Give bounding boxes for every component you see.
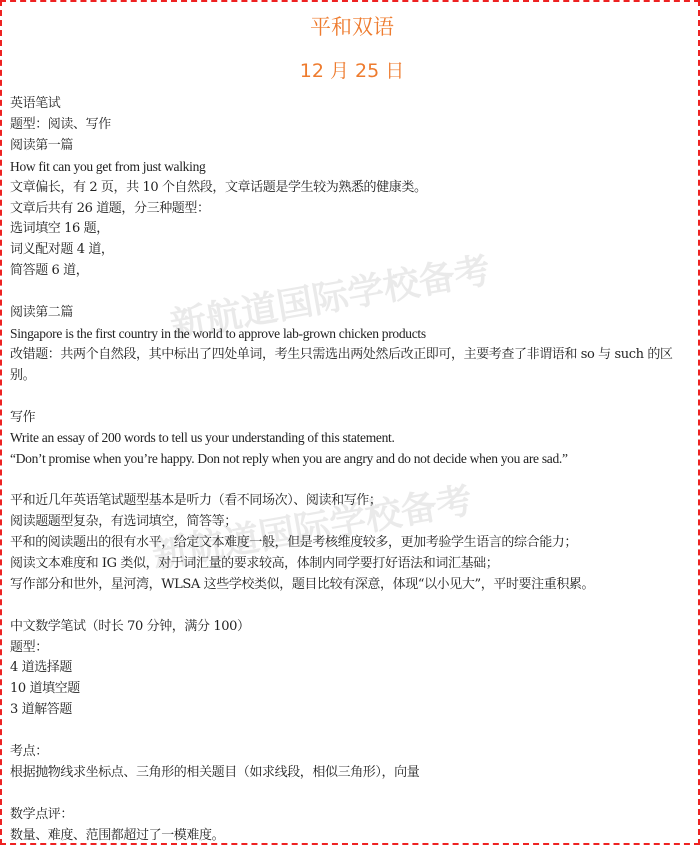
reading1-desc1: 文章偏长，有 2 页，共 10 个自然段，文章话题是学生较为熟悉的健康类。 — [10, 178, 694, 199]
math-points-label: 考点： — [10, 742, 694, 763]
math-type-item: 3 道解答题 — [10, 700, 694, 721]
spacer — [10, 721, 694, 742]
math-review-label: 数学点评： — [10, 805, 694, 826]
math-heading: 中文数学笔试（时长 70 分钟，满分 100） — [10, 617, 694, 638]
page-date: 12 月 25 日 — [10, 58, 694, 84]
english-heading: 英语笔试 — [10, 94, 694, 115]
reading2-title: Singapore is the first country in the wo… — [10, 324, 694, 345]
document: 平和双语 12 月 25 日 英语笔试 题型：阅读、写作 阅读第一篇 How f… — [10, 0, 694, 845]
reading1-heading: 阅读第一篇 — [10, 136, 694, 157]
writing-quote: “Don’t promise when you’re happy. Don no… — [10, 449, 694, 470]
reading2-heading: 阅读第二篇 — [10, 303, 694, 324]
english-summary-line: 阅读题题型复杂，有选词填空，简答等； — [10, 512, 694, 533]
math-review: 数量、难度、范围都超过了一模难度。 — [10, 826, 694, 845]
document-body: 英语笔试 题型：阅读、写作 阅读第一篇 How fit can you get … — [10, 94, 694, 845]
spacer — [10, 596, 694, 617]
reading1-item: 选词填空 16 题， — [10, 219, 694, 240]
page-title: 平和双语 — [10, 14, 694, 40]
spacer — [10, 282, 694, 303]
english-summary-line: 写作部分和世外，星河湾，WLSA 这些学校类似，题目比较有深意，体现“以小见大”… — [10, 575, 694, 596]
math-type-item: 4 道选择题 — [10, 658, 694, 679]
writing-prompt: Write an essay of 200 words to tell us y… — [10, 428, 694, 449]
english-summary-line: 阅读文本难度和 IG 类似，对于词汇量的要求较高，体制内同学要打好语法和词汇基础… — [10, 554, 694, 575]
reading1-item: 简答题 6 道， — [10, 261, 694, 282]
english-summary-line: 平和近几年英语笔试题型基本是听力（看不同场次）、阅读和写作； — [10, 491, 694, 512]
reading1-item: 词义配对题 4 道， — [10, 240, 694, 261]
reading2-desc: 改错题：共两个自然段，其中标出了四处单词，考生只需选出两处然后改正即可，主要考查… — [10, 345, 694, 387]
math-type-item: 10 道填空题 — [10, 679, 694, 700]
reading1-title: How fit can you get from just walking — [10, 157, 694, 178]
math-types-label: 题型： — [10, 638, 694, 659]
spacer — [10, 470, 694, 491]
math-points: 根据抛物线求坐标点、三角形的相关题目（如求线段，相似三角形），向量 — [10, 763, 694, 784]
english-summary-line: 平和的阅读题出的很有水平，给定文本难度一般，但是考核维度较多，更加考验学生语言的… — [10, 533, 694, 554]
reading1-desc2: 文章后共有 26 道题，分三种题型： — [10, 199, 694, 220]
writing-heading: 写作 — [10, 408, 694, 429]
spacer — [10, 387, 694, 408]
spacer — [10, 784, 694, 805]
english-types: 题型：阅读、写作 — [10, 115, 694, 136]
